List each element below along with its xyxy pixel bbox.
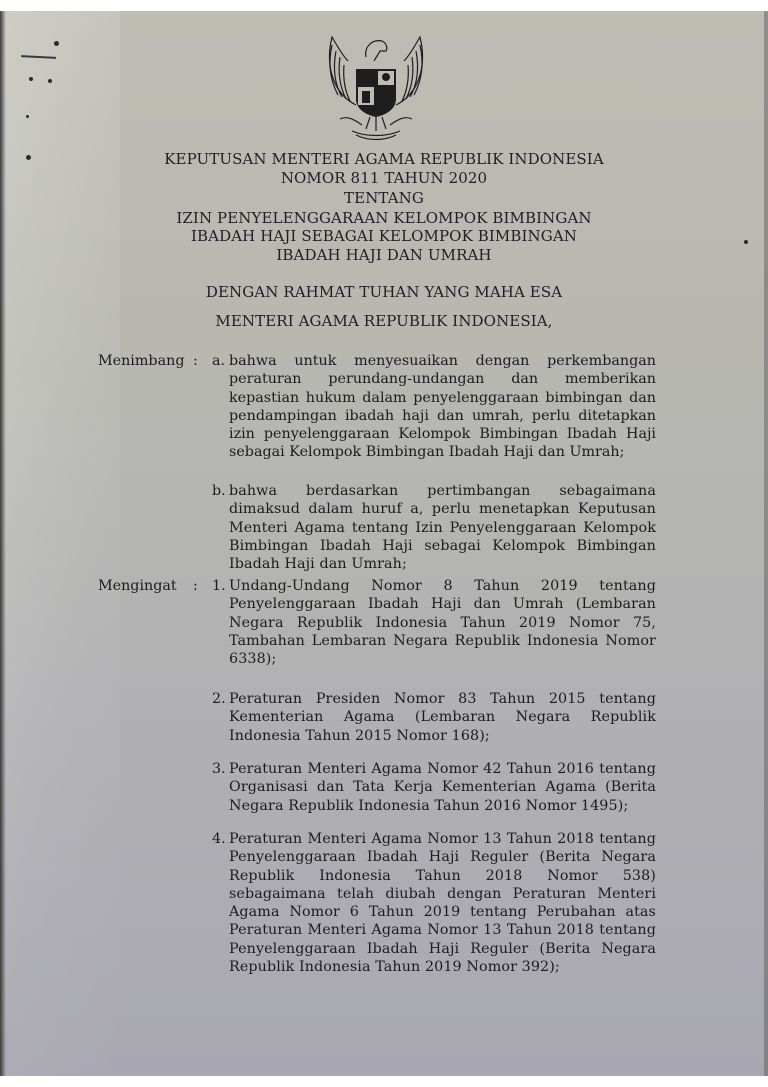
menimbang-item-b: b. bahwa berdasarkan pertimbangan sebaga… bbox=[212, 482, 656, 573]
item-marker: 1. bbox=[212, 577, 226, 595]
decree-title: KEPUTUSAN MENTERI AGAMA REPUBLIK INDONES… bbox=[0, 150, 768, 169]
mengingat-item-2: 2. Peraturan Presiden Nomor 83 Tahun 201… bbox=[212, 690, 656, 745]
item-marker: 2. bbox=[212, 690, 226, 708]
item-text: bahwa untuk menyesuaikan dengan perkemba… bbox=[229, 352, 656, 462]
mengingat-item-4: 4. Peraturan Menteri Agama Nomor 13 Tahu… bbox=[212, 830, 656, 976]
punch-hole-mark bbox=[48, 79, 52, 83]
mengingat-item-3: 3. Peraturan Menteri Agama Nomor 42 Tahu… bbox=[212, 760, 656, 815]
item-text: Undang-Undang Nomor 8 Tahun 2019 tentang… bbox=[229, 577, 656, 668]
invocation: DENGAN RAHMAT TUHAN YANG MAHA ESA bbox=[0, 283, 768, 302]
decree-subject-line-2: IBADAH HAJI SEBAGAI KELOMPOK BIMBINGAN bbox=[0, 227, 768, 246]
decree-subject-line-1: IZIN PENYELENGGARAAN KELOMPOK BIMBINGAN bbox=[0, 209, 768, 228]
mengingat-item-1: 1. Undang-Undang Nomor 8 Tahun 2019 tent… bbox=[212, 577, 656, 668]
punch-hole-mark bbox=[26, 115, 29, 118]
punch-hole-mark bbox=[54, 41, 59, 46]
garuda-emblem-icon bbox=[316, 25, 436, 147]
decree-subject-line-3: IBADAH HAJI DAN UMRAH bbox=[0, 246, 768, 265]
staple-mark bbox=[21, 55, 56, 59]
item-text: Peraturan Menteri Agama Nomor 13 Tahun 2… bbox=[229, 830, 656, 976]
item-marker: 3. bbox=[212, 760, 226, 778]
item-marker: b. bbox=[212, 482, 226, 500]
menimbang-label: Menimbang bbox=[98, 352, 184, 370]
item-marker: a. bbox=[212, 352, 225, 370]
menimbang-colon: : bbox=[193, 352, 198, 370]
authority: MENTERI AGAMA REPUBLIK INDONESIA, bbox=[0, 312, 768, 331]
item-marker: 4. bbox=[212, 830, 226, 848]
item-text: bahwa berdasarkan pertimbangan sebagaima… bbox=[229, 482, 656, 573]
menimbang-item-a: a. bahwa untuk menyesuaikan dengan perke… bbox=[212, 352, 656, 462]
decree-tentang: TENTANG bbox=[0, 189, 768, 208]
item-text: Peraturan Menteri Agama Nomor 42 Tahun 2… bbox=[229, 760, 656, 815]
punch-hole-mark bbox=[29, 77, 33, 81]
decree-number: NOMOR 811 TAHUN 2020 bbox=[0, 169, 768, 188]
item-text: Peraturan Presiden Nomor 83 Tahun 2015 t… bbox=[229, 690, 656, 745]
mengingat-colon: : bbox=[193, 577, 198, 595]
document-page: KEPUTUSAN MENTERI AGAMA REPUBLIK INDONES… bbox=[0, 11, 768, 1076]
mengingat-label: Mengingat bbox=[98, 577, 177, 595]
